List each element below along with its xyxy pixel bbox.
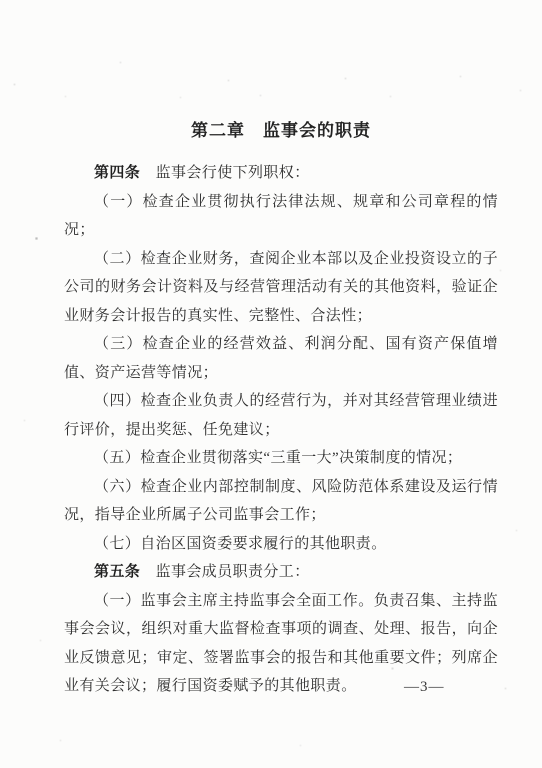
chapter-title: 第二章 监事会的职责 [64, 116, 498, 146]
page-number: —3— [404, 679, 445, 696]
paragraph-item-1: （一）检查企业贯彻执行法律法规、规章和公司章程的情况； [64, 188, 498, 245]
paragraph-text: 监事会行使下列职权： [140, 165, 309, 181]
paragraph-text: （五）检查企业贯彻落实“三重一大”决策制度的情况； [94, 450, 462, 466]
paragraph-item-5: （五）检查企业贯彻落实“三重一大”决策制度的情况； [64, 444, 498, 473]
article-number-label: 第五条 [94, 564, 140, 580]
paragraph-item-3: （三）检查企业的经营效益、利润分配、国有资产保值增值、资产运营等情况； [64, 330, 498, 387]
paragraph-article4: 第四条 监事会行使下列职权： [64, 159, 498, 188]
paragraph-item-4: （四）检查企业负责人的经营行为，并对其经营管理业绩进行评价，提出奖惩、任免建议； [64, 387, 498, 444]
paragraph-article5: 第五条 监事会成员职责分工： [64, 558, 498, 587]
paragraph-item-6: （六）检查企业内部控制制度、风险防范体系建设及运行情况，指导企业所属子公司监事会… [64, 473, 498, 530]
paragraph-text: （三）检查企业的经营效益、利润分配、国有资产保值增值、资产运营等情况； [64, 336, 498, 381]
paragraph-text: （二）检查企业财务，查阅企业本部以及企业投资设立的子公司的财务会计资料及与经营管… [64, 251, 498, 324]
paragraph-text: （一）检查企业贯彻执行法律法规、规章和公司章程的情况； [64, 194, 498, 239]
scanned-document-page: 第二章 监事会的职责 第四条 监事会行使下列职权： （一）检查企业贯彻执行法律法… [0, 0, 542, 768]
paragraph-text: （四）检查企业负责人的经营行为，并对其经营管理业绩进行评价，提出奖惩、任免建议； [64, 393, 498, 438]
document-body: 第二章 监事会的职责 第四条 监事会行使下列职权： （一）检查企业贯彻执行法律法… [64, 116, 498, 701]
paragraph-text: （七）自治区国资委要求履行的其他职责。 [94, 536, 387, 552]
article-number-label: 第四条 [94, 165, 140, 181]
paragraph-item-7: （七）自治区国资委要求履行的其他职责。 [64, 530, 498, 559]
paragraph-text: 监事会成员职责分工： [140, 564, 309, 580]
scan-noise-speckles [0, 0, 1, 1]
paragraph-item-2: （二）检查企业财务，查阅企业本部以及企业投资设立的子公司的财务会计资料及与经营管… [64, 245, 498, 331]
paragraph-text: （六）检查企业内部控制制度、风险防范体系建设及运行情况，指导企业所属子公司监事会… [64, 479, 498, 524]
